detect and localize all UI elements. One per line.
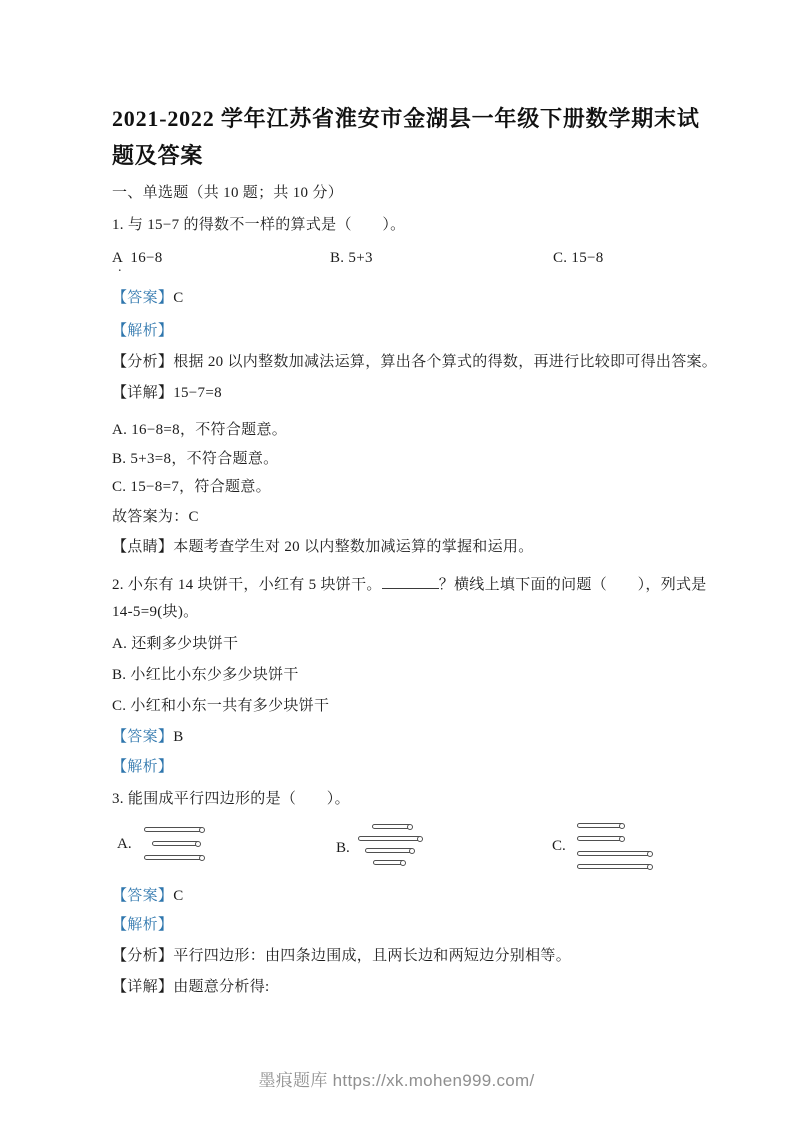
- q1-detail: 【详解】15−7=8: [112, 384, 222, 403]
- q2-answer-value: B: [173, 729, 183, 745]
- analysis-label: 【解析】: [112, 917, 173, 933]
- q2-stem-line-2: 14-5=9(块)。: [112, 603, 198, 622]
- q2-analysis-label: 【解析】: [112, 758, 173, 777]
- q1-detail-b: B. 5+3=8，不符合题意。: [112, 450, 278, 469]
- figure-option-c-label: C.: [552, 838, 566, 855]
- stick-icon: [144, 855, 203, 860]
- stick-icon: [577, 851, 651, 856]
- analysis-label: 【解析】: [112, 759, 173, 775]
- q3-detail: 【详解】由题意分析得:: [112, 978, 269, 997]
- stick-icon: [358, 836, 421, 841]
- q1-detail-a: A. 16−8=8，不符合题意。: [112, 421, 287, 440]
- q3-analysis-label: 【解析】: [112, 916, 173, 935]
- page-title-line-2: 题及答案: [112, 139, 203, 170]
- q1-analysis-text: 【分析】根据 20 以内整数加减法运算，算出各个算式的得数，再进行比较即可得出答…: [112, 353, 717, 372]
- stray-dot: .: [118, 260, 122, 276]
- q2-option-b: B. 小红比小东少多少块饼干: [112, 666, 299, 685]
- q2-stem-after-blank: ？横线上填下面的问题（ ），列式是: [439, 577, 707, 593]
- q2-answer-line: 【答案】B: [112, 728, 184, 747]
- q1-conclusion: 故答案为：C: [112, 508, 199, 527]
- stick-icon: [577, 823, 623, 828]
- figure-option-a-label: A.: [117, 836, 132, 853]
- q3-answer-value: C: [173, 888, 183, 904]
- q3-answer-line: 【答案】C: [112, 887, 184, 906]
- q1-answer-value: C: [173, 290, 183, 306]
- stick-icon: [365, 848, 413, 853]
- section-heading: 一、单选题（共 10 题；共 10 分）: [112, 184, 343, 203]
- exam-document-page: 2021-2022 学年江苏省淮安市金湖县一年级下册数学期末试 题及答案 一、单…: [0, 0, 793, 1122]
- stick-icon: [577, 836, 623, 841]
- q2-option-a: A. 还剩多少块饼干: [112, 635, 238, 654]
- q3-stem: 3. 能围成平行四边形的是（ ）。: [112, 790, 350, 809]
- q1-note: 【点睛】本题考查学生对 20 以内整数加减运算的掌握和运用。: [112, 538, 534, 557]
- answer-label: 【答案】: [112, 888, 173, 904]
- q1-option-b: B. 5+3: [330, 249, 373, 268]
- q1-stem: 1. 与 15−7 的得数不一样的算式是（ ）。: [112, 216, 405, 235]
- answer-label: 【答案】: [112, 729, 173, 745]
- stick-icon: [373, 860, 404, 865]
- page-title-line-1: 2021-2022 学年江苏省淮安市金湖县一年级下册数学期末试: [112, 102, 700, 133]
- stick-icon: [372, 824, 411, 829]
- figure-option-b-label: B.: [336, 840, 350, 857]
- q2-stem-line-1: 2. 小东有 14 块饼干，小红有 5 块饼干。？横线上填下面的问题（ ），列式…: [112, 573, 707, 595]
- q1-analysis-label: 【解析】: [112, 322, 173, 341]
- q1-option-c: C. 15−8: [553, 249, 604, 268]
- stick-icon: [577, 864, 651, 869]
- stick-icon: [144, 827, 203, 832]
- stick-icon: [152, 841, 199, 846]
- q1-answer-line: 【答案】C: [112, 289, 184, 308]
- q3-analysis-text: 【分析】平行四边形：由四条边围成，且两长边和两短边分别相等。: [112, 947, 571, 966]
- q1-detail-c: C. 15−8=7，符合题意。: [112, 478, 271, 497]
- q2-option-c: C. 小红和小东一共有多少块饼干: [112, 697, 329, 716]
- answer-label: 【答案】: [112, 290, 173, 306]
- analysis-label: 【解析】: [112, 323, 173, 339]
- footer-watermark: 墨痕题库 https://xk.mohen999.com/: [0, 1066, 793, 1091]
- blank-underline: [382, 573, 439, 589]
- q2-stem-before-blank: 2. 小东有 14 块饼干，小红有 5 块饼干。: [112, 577, 382, 593]
